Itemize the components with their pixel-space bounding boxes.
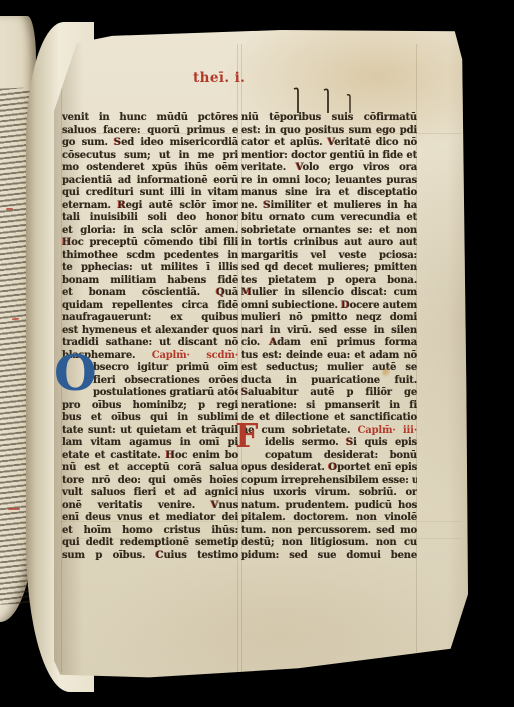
text-line: lam vitam agamus in omī pi: [62, 437, 238, 450]
text-line: quidam repellentes circa fidē: [62, 300, 238, 313]
text-line: destū; non litigiosum. non cu: [241, 537, 417, 550]
ascender-flourish: [293, 86, 302, 113]
text-line: idelis sermo. Si quis epis: [241, 437, 417, 450]
text-line: pidum: sed sue domui bene: [241, 550, 417, 563]
text-line: et bonam cōscientiā. Quā: [62, 287, 238, 300]
text-line: tate sunt: ut quietam et trāquil: [62, 425, 238, 438]
text-line: veritate. Volo ergo viros ora: [241, 162, 417, 175]
ascender-flourish: [345, 93, 354, 113]
text-line: tore nrō deo: qui omēs hoīes: [62, 475, 238, 488]
text-line: sobrietate ornantes se: et non: [241, 225, 417, 238]
text-line: go sum. Sed ideo misericordiā: [62, 137, 238, 150]
text-line: eternam. Regi autē sclōr īmor: [62, 200, 238, 213]
text-line: tali inuisibili soli deo honor: [62, 212, 238, 225]
text-line: etate et castitate. Hoc enim bo: [62, 450, 238, 463]
text-line: Hoc preceptū cōmendo tibi fili: [62, 237, 238, 250]
text-line: enī deus vnus et mediator dei: [62, 512, 238, 525]
text-line: tes pietatem p opera bona.: [241, 275, 417, 288]
text-line: tum. non percussorem. sed mo: [241, 525, 417, 538]
text-line: ducta in puaricatione fuit.: [241, 375, 417, 388]
text-line: est hymeneus et alexander quos: [62, 325, 238, 338]
text-line: est seductus; mulier autē se: [241, 362, 417, 375]
text-line: sed qd decet mulieres; pmitten: [241, 262, 417, 275]
text-line: omni subiectione. Docere autem: [241, 300, 417, 313]
text-line: Saluabitur autē p filiōr ge: [241, 387, 417, 400]
chapter3-initial: F: [235, 422, 261, 450]
text-line: copum irreprehensibilem esse: u: [241, 475, 417, 488]
text-line: re in omni loco; leuantes puras: [241, 175, 417, 188]
text-line: naufragauerunt: ex quibus: [62, 312, 238, 325]
text-line: copatum desiderat: bonū: [241, 450, 417, 463]
text-line: tus est: deinde eua: et adam nō: [241, 350, 417, 363]
text-line: nū est et acceptū corā salua: [62, 462, 238, 475]
rubric-fleck: [8, 508, 20, 510]
text-line: est: in quo positus sum ego pdi: [241, 125, 417, 138]
rubric-fleck: [6, 208, 13, 210]
text-line: cator et aplūs. Veritatē dico nō: [241, 137, 417, 150]
ascender-flourish: [323, 86, 332, 113]
manuscript-page: theī. i. venit in hunc mūdū pctōressaluo…: [54, 30, 468, 680]
text-line: ne cum sobrietate. Caplm̄· iii·: [241, 425, 417, 438]
text-line: cio. Adam enī primus forma: [241, 337, 417, 350]
text-line: nari in virū. sed esse in silen: [241, 325, 417, 338]
text-line: Mulier in silencio discat: cum: [241, 287, 417, 300]
text-line: manus sine ira et disceptatio: [241, 187, 417, 200]
text-line: saluos facere: quorū primus e: [62, 125, 238, 138]
text-line: nius uxoris virum. sobriū. or: [241, 487, 417, 500]
text-line: qui dedit redemptionē semetip: [62, 537, 238, 550]
text-line: thimothee scdm pcedentes in: [62, 250, 238, 263]
text-line: pitalem. doctorem. non vinolē: [241, 512, 417, 525]
text-line: in tortis crinibus aut auro aut: [241, 237, 417, 250]
text-line: pacientiā ad informationē eorū: [62, 175, 238, 188]
text-line: onē veritatis venire. Vnus: [62, 500, 238, 513]
text-line: vult saluos fieri et ad agnici: [62, 487, 238, 500]
text-line: niū tēporibus suis cōfirmatū: [241, 112, 417, 125]
text-line: mulieri nō pmitto neqz domi: [241, 312, 417, 325]
text-line: natum. prudentem. pudicū hos: [241, 500, 417, 513]
text-line: ne. Similiter et mulieres in ha: [241, 200, 417, 213]
text-line: te pphecias: ut milites ī illis: [62, 262, 238, 275]
running-header: theī. i.: [193, 70, 245, 86]
text-line: margaritis vel veste pciosa:: [241, 250, 417, 263]
chapter2-initial: O: [54, 351, 90, 396]
text-line: sum p oībus. Cuius testimo: [62, 550, 238, 563]
text-line: et gloria: in scla sclōr amen.: [62, 225, 238, 238]
text-line: bonam militiam habens fidē: [62, 275, 238, 288]
text-column-left: venit in hunc mūdū pctōressaluos facere:…: [62, 112, 238, 562]
text-line: bitu ornato cum verecundia et: [241, 212, 417, 225]
text-line: mentior: doctor gentiū in fide et: [241, 150, 417, 163]
manuscript-photo: theī. i. venit in hunc mūdū pctōressaluo…: [0, 0, 514, 707]
text-line: qui credituri sunt illi in vitam: [62, 187, 238, 200]
text-line: neratione: si pmanserit in fi: [241, 400, 417, 413]
text-line: cōsecutus sum; ut in me pri: [62, 150, 238, 163]
text-line: et hoīm homo cristus ihūs:: [62, 525, 238, 538]
text-line: bus et oībus qui in sublimi: [62, 412, 238, 425]
text-line: de et dilectione et sanctificatio: [241, 412, 417, 425]
text-line: venit in hunc mūdū pctōres: [62, 112, 238, 125]
text-column-right: niū tēporibus suis cōfirmatūest: in quo …: [241, 112, 417, 562]
text-line: mo ostenderet xpūs ihūs oēm: [62, 162, 238, 175]
text-line: opus desiderat. Oportet enī epis: [241, 462, 417, 475]
